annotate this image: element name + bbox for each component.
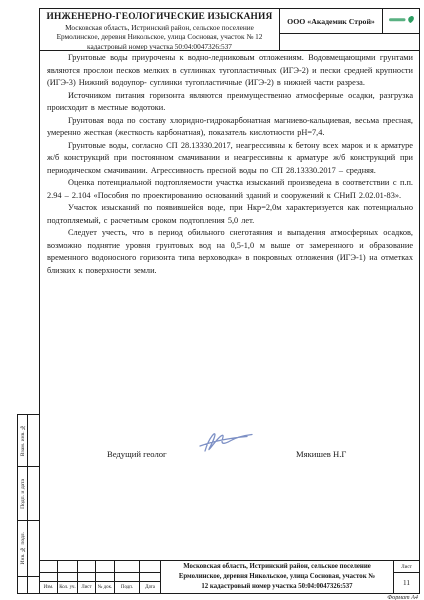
footer-address-line-1: Московская область, Истринский район, се… (161, 562, 393, 572)
paragraph-flooding-assessment: Оценка потенциальной подтопляемости учас… (47, 177, 413, 202)
company-name: ООО «Академик Строй» (287, 17, 375, 26)
sheet-box: Лист 11 (393, 561, 419, 593)
revision-row-labels: Изм. Кол. уч. Лист № док. Подп. Дата (40, 582, 161, 593)
stamp-label-inv-podl: Инв. № подл. (20, 532, 26, 565)
side-stamp-column: Взам. инв. № Подп. и дата Инв. № подл. (17, 414, 39, 594)
footer-address-line-3: 12 кадастровый номер участка 50:04:00473… (161, 582, 393, 592)
paragraph-groundwater: Грунтовые воды приурочены к водно-ледник… (47, 52, 413, 90)
company-row: ООО «Академик Строй» (280, 9, 419, 34)
stamp-cell-vzam: Взам. инв. № (18, 415, 39, 467)
stamp-label-podp-data: Подп. и дата (20, 479, 26, 509)
stamp-cell-tail (18, 577, 39, 593)
stamp-cell-podp: Подп. и дата (18, 467, 39, 521)
paragraph-water-composition: Грунтовая вода по составу хлоридно-гидро… (47, 115, 413, 140)
revision-row-empty-1 (40, 561, 161, 573)
title-block-address: Московская область, Истринский район, се… (161, 561, 393, 593)
document-title: ИНЖЕНЕРНО-ГЕОЛОГИЧЕСКИЕ ИЗЫСКАНИЯ (40, 12, 279, 23)
company-logo-icon (388, 12, 415, 30)
footer-address-line-2: Ермолинское, деревня Никольское, улица С… (161, 572, 393, 582)
stamp-label-vzam-inv: Взам. инв. № (20, 424, 26, 456)
stamp-cell-inv: Инв. № подл. (18, 521, 39, 577)
company-logo-cell (383, 9, 419, 33)
signature-name: Мякишев Н.Г (296, 449, 346, 459)
handwritten-signature-icon (192, 425, 258, 464)
label-data: Дата (140, 582, 161, 593)
revision-grid: Изм. Кол. уч. Лист № док. Подп. Дата (40, 561, 161, 593)
sheet-number: 11 (394, 573, 419, 593)
paragraph-seasonal-note: Следует учесть, что в период обильного с… (47, 227, 413, 277)
signature-role-label: Ведущий геолог (107, 449, 167, 459)
company-name-cell: ООО «Академик Строй» (280, 9, 383, 33)
header-address-line-3: кадастровый номер участка 50:04:0047326:… (40, 42, 279, 51)
report-text: Грунтовые воды приурочены к водно-ледник… (40, 51, 419, 277)
header-title-cell: ИНЖЕНЕРНО-ГЕОЛОГИЧЕСКИЕ ИЗЫСКАНИЯ Москов… (40, 9, 279, 50)
label-izm: Изм. (40, 582, 58, 593)
paragraph-recharge: Источником питания горизонта являются пр… (47, 90, 413, 115)
paragraph-flooding-term: Участок изысканий по появившейся воде, п… (47, 202, 413, 227)
label-list: Лист (78, 582, 96, 593)
label-podp: Подп. (115, 582, 140, 593)
page-frame: ИНЖЕНЕРНО-ГЕОЛОГИЧЕСКИЕ ИЗЫСКАНИЯ Москов… (39, 8, 420, 594)
label-kol-uch: Кол. уч. (58, 582, 78, 593)
sheet-label: Лист (394, 561, 419, 573)
title-block: Изм. Кол. уч. Лист № док. Подп. Дата Мос… (40, 560, 419, 593)
label-no-dok: № док. (96, 582, 115, 593)
paragraph-aggressiveness: Грунтовые воды, согласно СП 28.13330.201… (47, 140, 413, 178)
header-address-line-2: Ермолинское, деревня Никольское, улица С… (40, 32, 279, 41)
header-company-block: ООО «Академик Строй» (279, 9, 419, 50)
header-address-line-1: Московская область, Истринский район, се… (40, 23, 279, 32)
format-note: Формат А4 (330, 594, 418, 600)
header: ИНЖЕНЕРНО-ГЕОЛОГИЧЕСКИЕ ИЗЫСКАНИЯ Москов… (40, 9, 419, 51)
document-page: ИНЖЕНЕРНО-ГЕОЛОГИЧЕСКИЕ ИЗЫСКАНИЯ Москов… (0, 0, 424, 600)
revision-row-empty-2 (40, 573, 161, 582)
header-empty-cell (280, 34, 419, 50)
